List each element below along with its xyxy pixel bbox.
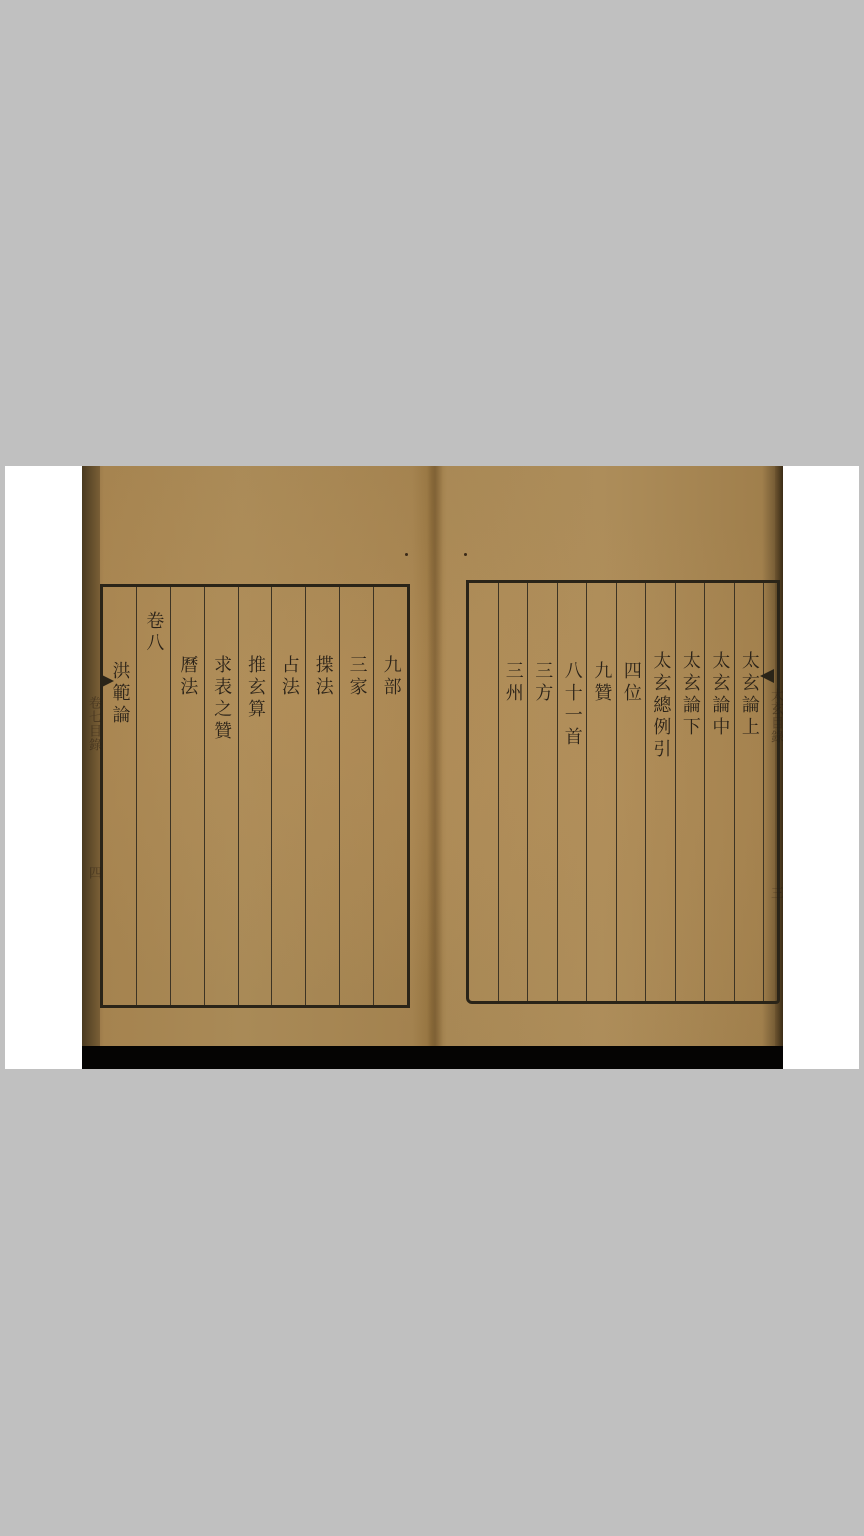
column (469, 583, 499, 1001)
entry-text: 揲法 (314, 655, 332, 699)
column: 卷八 (137, 587, 171, 1005)
entry-text: 推玄算 (246, 655, 264, 721)
entry-text: 太玄論下 (681, 651, 699, 739)
entry-text: 九部 (382, 655, 400, 699)
entry-text: 卷八 (144, 611, 162, 655)
entry-text: 四位 (622, 661, 640, 705)
paper-speck (464, 553, 467, 556)
paper-spread: 洪範論 卷八 曆法 求表之贊 推玄算 占法 揲法 (82, 466, 783, 1046)
book-spine (427, 466, 443, 1046)
column: 太玄總例引 (646, 583, 676, 1001)
right-page-grid: 三州 三方 八十一首 九贊 四位 太玄總例引 太玄論下 (466, 580, 780, 1004)
column: 占法 (272, 587, 306, 1005)
column: 太玄論中 (705, 583, 735, 1001)
column: 九贊 (587, 583, 617, 1001)
entry-text: 三家 (348, 655, 366, 699)
column: 曆法 (171, 587, 205, 1005)
column: 三州 (499, 583, 529, 1001)
book-spread-image: 洪範論 卷八 曆法 求表之贊 推玄算 占法 揲法 (82, 466, 783, 1069)
entry-text: 三方 (533, 661, 551, 705)
column: 三方 (528, 583, 558, 1001)
entry-text: 求表之贊 (212, 655, 230, 743)
entry-text: 太玄總例引 (651, 651, 669, 761)
column: 求表之贊 (205, 587, 239, 1005)
left-margin-title: 卷七目錄 (84, 696, 103, 752)
entry-text: 九贊 (592, 661, 610, 705)
entry-text: 太玄論中 (710, 651, 728, 739)
left-page-number: 四 (84, 866, 103, 880)
column: 揲法 (306, 587, 340, 1005)
entry-text: 占法 (280, 655, 298, 699)
left-page-grid: 洪範論 卷八 曆法 求表之贊 推玄算 占法 揲法 (100, 584, 410, 1008)
entry-text: 太玄論上 (740, 651, 758, 739)
entry-text: 曆法 (178, 655, 196, 699)
book-edge-left (82, 466, 100, 1046)
column: 太玄論上 (735, 583, 765, 1001)
column: 洪範論 (103, 587, 137, 1005)
fish-tail-mark-icon (760, 669, 774, 683)
column: 太玄論下 (676, 583, 706, 1001)
column (764, 583, 777, 1001)
right-margin-title: 太玄目錄 (766, 688, 783, 744)
entry-text: 洪範論 (110, 661, 128, 727)
column: 推玄算 (239, 587, 273, 1005)
column: 九部 (374, 587, 407, 1005)
paper-speck (405, 553, 408, 556)
fish-tail-mark-icon (100, 674, 114, 688)
entry-text: 三州 (504, 661, 522, 705)
right-page-number: 三 (766, 886, 783, 900)
column: 四位 (617, 583, 647, 1001)
entry-text: 八十一首 (563, 661, 581, 749)
scan-bottom-shadow (82, 1046, 783, 1069)
column: 八十一首 (558, 583, 588, 1001)
column: 三家 (340, 587, 374, 1005)
